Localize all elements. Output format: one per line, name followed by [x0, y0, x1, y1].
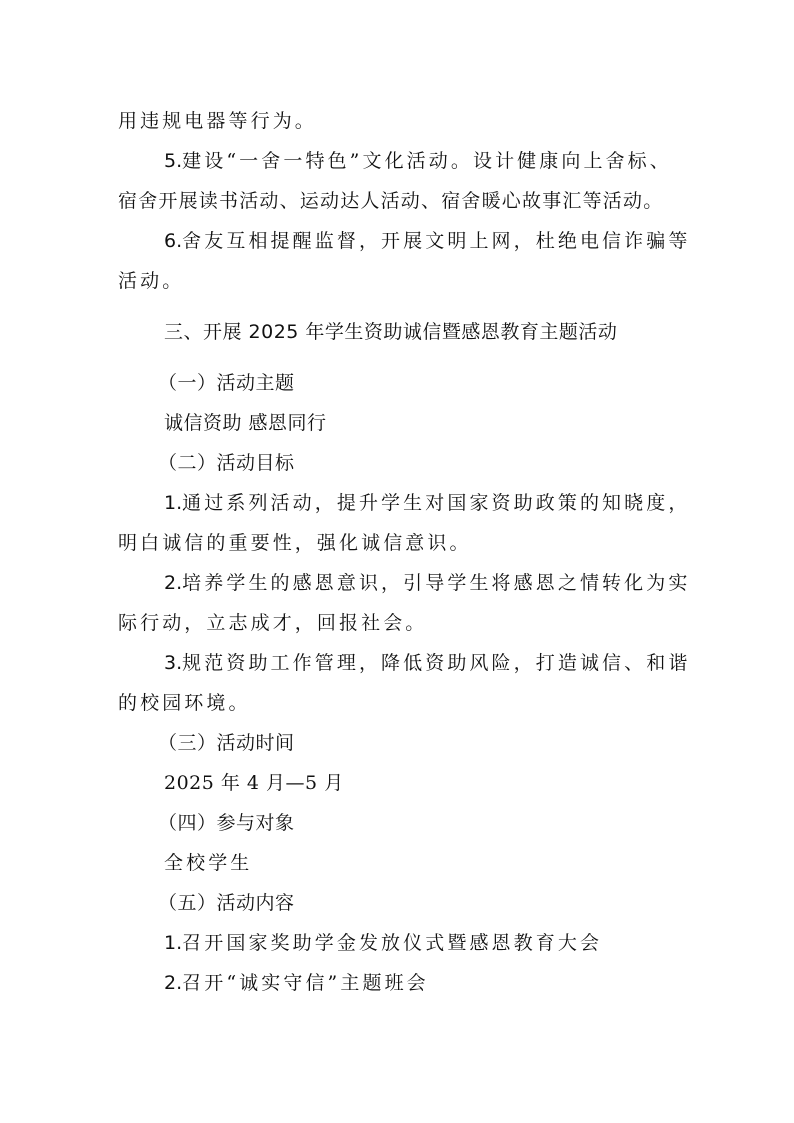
item-number: 5.	[164, 150, 182, 172]
goal-item-2-cont: 际行动，立志成才，回报社会。	[118, 611, 678, 635]
item-text: 培养学生的感恩意识，引导学生将感恩之情转化为实	[182, 572, 690, 594]
participants: 全校学生	[164, 851, 724, 875]
item-number: 1.	[164, 932, 182, 954]
goal-item-1: 1.通过系列活动，提升学生对国家资助政策的知晓度，	[164, 491, 724, 515]
text: 活动。	[118, 270, 184, 292]
text: 宿舍开展读书活动、运动达人活动、宿舍暖心故事汇等活动。	[118, 190, 663, 212]
document-page: 用违规电器等行为。 5.建设“一舍一特色”文化活动。设计健康向上舍标、 宿舍开展…	[0, 0, 794, 1123]
content-item-2: 2.召开“诚实守信”主题班会	[164, 971, 724, 995]
subsection-heading: （四）参与对象	[158, 811, 718, 835]
activity-theme: 诚信资助 感恩同行	[164, 411, 724, 435]
activity-time: 2025 年 4 月—5 月	[164, 771, 724, 795]
content-item-1: 1.召开国家奖助学金发放仪式暨感恩教育大会	[164, 931, 724, 955]
list-item-6: 6.舍友互相提醒监督，开展文明上网，杜绝电信诈骗等	[164, 229, 724, 253]
goal-item-1-cont: 明白诚信的重要性，强化诚信意识。	[118, 531, 678, 555]
text: 用违规电器等行为。	[118, 110, 317, 132]
item-text: 召开国家奖助学金发放仪式暨感恩教育大会	[182, 932, 602, 954]
subsection-heading: （三）活动时间	[158, 731, 718, 755]
item-number: 2.	[164, 572, 182, 594]
item-text: 召开“诚实守信”主题班会	[182, 972, 429, 994]
item-text: 通过系列活动，提升学生对国家资助政策的知晓度，	[182, 492, 690, 514]
goal-item-3-cont: 的校园环境。	[118, 691, 678, 715]
item-text: 建设“一舍一特色”文化活动。设计健康向上舍标、	[182, 150, 672, 172]
paragraph-line: 宿舍开展读书活动、运动达人活动、宿舍暖心故事汇等活动。	[118, 189, 678, 213]
goal-item-3: 3.规范资助工作管理，降低资助风险，打造诚信、和谐	[164, 651, 724, 675]
item-text: 规范资助工作管理，降低资助风险，打造诚信、和谐	[182, 652, 690, 674]
item-number: 1.	[164, 492, 182, 514]
subsection-heading: （一）活动主题	[158, 371, 718, 395]
subsection-heading: （二）活动目标	[158, 451, 718, 475]
item-number: 3.	[164, 652, 182, 674]
list-item-5: 5.建设“一舍一特色”文化活动。设计健康向上舍标、	[164, 149, 724, 173]
item-number: 6.	[164, 230, 182, 252]
paragraph-line: 用违规电器等行为。	[118, 109, 678, 133]
goal-item-2: 2.培养学生的感恩意识，引导学生将感恩之情转化为实	[164, 571, 724, 595]
item-text: 舍友互相提醒监督，开展文明上网，杜绝电信诈骗等	[182, 230, 690, 252]
paragraph-line: 活动。	[118, 269, 678, 293]
item-number: 2.	[164, 972, 182, 994]
section-heading: 三、开展 2025 年学生资助诚信暨感恩教育主题活动	[164, 320, 724, 344]
subsection-heading: （五）活动内容	[158, 891, 718, 915]
